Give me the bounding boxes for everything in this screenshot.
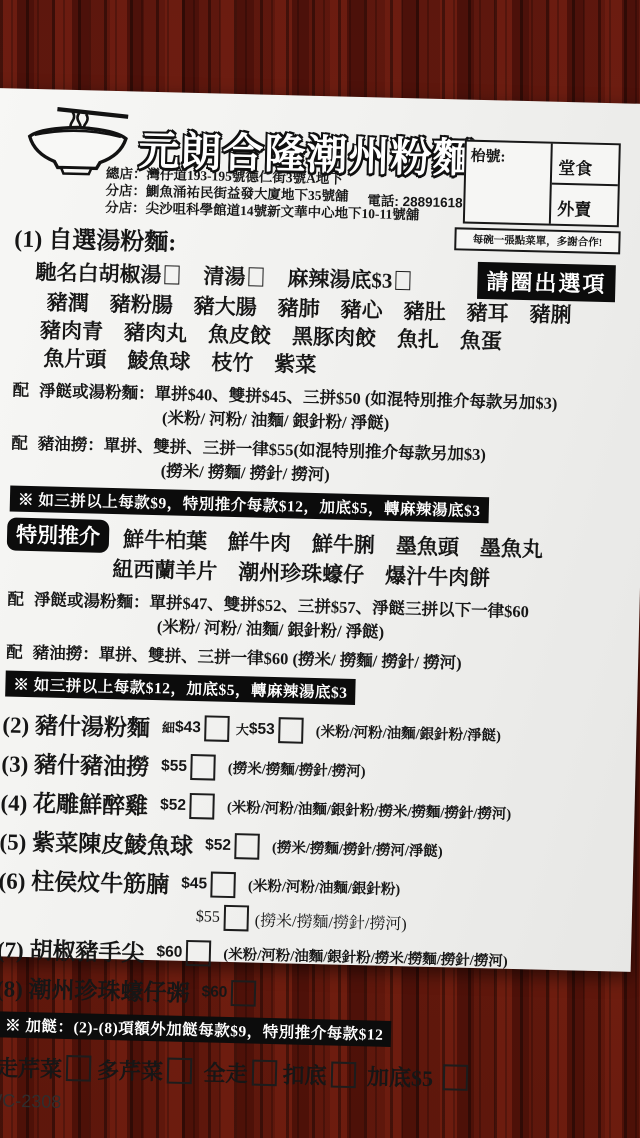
pairing-prefix: 配 [6,642,23,661]
checkbox [191,754,217,781]
size-label-small: 細 [162,717,175,736]
special-label: 特別推介 [7,517,110,552]
dish-price: $52 [160,796,186,815]
dish-row-6-alt-price: $55 (撈米/撈麵/撈針/撈河) [195,904,616,940]
dish-name: (6) 柱侯炆牛筋腩 [0,862,170,899]
takeaway-cell: 外賣 [551,185,618,226]
dish-price: $55 [196,908,220,927]
pairing-prefix: 配 [7,589,24,608]
dish-price: $60 [156,943,182,962]
dish-options: (撈米/撈麵/撈針/撈河/淨餸) [272,836,443,861]
dish-name: (2) 豬什湯粉麵 [2,706,150,743]
dish-name: (3) 豬什豬油撈 [1,745,149,782]
checkbox [205,715,231,742]
modifier-none: 全走 [203,1060,248,1086]
checkbox [248,267,263,286]
size-label-large: 大 [236,719,249,738]
checkbox [330,1062,356,1089]
dish-price: $45 [181,874,207,893]
dish-name: (5) 紫菜陳皮鯪魚球 [0,823,194,861]
modifier-no-celery: 走芹菜 [0,1055,62,1082]
soup-option-clear: 清湯 [203,264,246,289]
checkbox [231,980,257,1007]
modifier-extra-celery: 多芹菜 [97,1058,164,1085]
checkbox [190,793,216,820]
dish-options: (米粉/河粉/油麵/銀針粉) [248,874,401,899]
soup-option-white-pepper: 馳名白胡椒湯 [35,260,162,287]
dine-in-cell: 堂食 [552,144,619,187]
phone-number: 電話: 28891618 [367,189,463,211]
checkbox [395,271,410,290]
dish-price: $43 [175,718,201,737]
table-number-box: 枱號: 堂食 外賣 [463,140,621,228]
checkbox [442,1064,468,1091]
surcharge-banner-1: ※ 如三拼以上每款$9，特別推介每款$12，加底$5，轉麻辣湯底$3 [10,486,489,524]
checkbox [251,1060,277,1087]
extra-topping-banner: ※ 加餸：(2)-(8)項額外加餸每款$9，特別推介每款$12 [0,1011,392,1047]
dish-price: $55 [161,757,187,776]
checkbox [211,871,237,898]
dish-options: (米粉/河粉/油麵/銀針粉/撈米/撈麵/撈針/撈河) [227,796,512,824]
checkbox [167,1058,193,1085]
menu-order-sheet: 元朗合隆潮州粉麵 總店：灣仔道193-195號德仁街3號A地下 分店：鰂魚涌祐民… [0,88,640,972]
dish-price: $60 [201,983,227,1002]
modifier-less-base: 扣底 [282,1062,327,1088]
surcharge-banner-2: ※ 如三拼以上每款$12，加底$5，轉麻辣湯底$3 [5,670,356,705]
checkbox [164,265,179,284]
dish-price: $53 [249,720,275,739]
dish-options: (米粉/河粉/油麵/銀針粉/撈米/撈麵/撈針/撈河) [223,943,508,971]
checkbox [223,905,249,932]
dish-row-6: (6) 柱侯炆牛筋腩 $45 (米粉/河粉/油麵/銀針粉) [0,862,617,910]
checkbox [186,939,212,966]
table-number-label: 枱號: [465,142,553,224]
dish-name: (4) 花雕鮮醉雞 [0,784,148,821]
menu-header: 元朗合隆潮州粉麵 總店：灣仔道193-195號德仁街3號A地下 分店：鰂魚涌祐民… [15,101,636,234]
checkbox [66,1055,92,1082]
dish-name: (8) 潮州珍珠蠔仔粥 [0,970,190,1008]
one-menu-note: 每碗一張點菜單，多謝合作! [454,227,621,254]
circle-your-choice-banner: 請圈出選項 [477,262,616,302]
checkbox [278,717,304,744]
dish-name: (7) 胡椒豬手尖 [0,931,145,968]
dish-options: (米粉/河粉/油麵/銀針粉/淨餸) [315,720,501,746]
checkbox [235,833,261,860]
dish-options: (撈米/撈麵/撈針/撈河) [228,757,366,781]
modifier-add-base: 加底$5 [367,1064,434,1091]
dish-options: (撈米/撈麵/撈針/撈河) [255,907,408,934]
dish-price: $52 [205,836,231,855]
soup-option-mala: 麻辣湯底$3 [287,266,393,293]
pairing-prefix: 配 [11,434,28,453]
pairing-prefix: 配 [12,381,29,400]
